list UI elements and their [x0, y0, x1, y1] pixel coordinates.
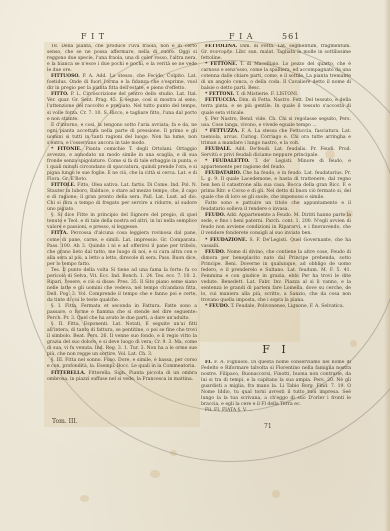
dictionary-entry: FITTUOSO. P. A. Add. Lo stesso, che Feci…: [47, 74, 197, 92]
right-column-section: FI. F. A. Figliuolo. Di questa nome cons…: [201, 360, 351, 416]
left-column: 18. Della pianta, che produce l'uva frao…: [47, 44, 197, 426]
dictionary-entry: * FEUDALETTO. T. de' Legisti. Minore di …: [201, 159, 351, 171]
dictionary-entry: FITTA. Percossa d'alcuna cosa leggiera r…: [47, 231, 197, 267]
dictionary-entry: FETTUCCIA. Dim. di Fetta. Nastro. Fett. …: [201, 98, 351, 116]
scanned-page: F I T F I A 561 18. Della pianta, che pr…: [0, 0, 390, 531]
dictionary-entry: FEUDATARIO. Che ha feudo, e in feudo. La…: [201, 171, 351, 201]
dictionary-entry: FITTO. P. L. Circoscrizione del centro d…: [47, 92, 197, 122]
dictionary-entry: §. Si dice Fitte in principio del Signor…: [47, 213, 197, 231]
dictionary-entry: FEUDO. Add. Appartenente a Feudo. M. Dir…: [201, 213, 351, 237]
dictionary-entry: FEUDO. Nome di divino, che contiene la a…: [201, 250, 351, 304]
dictionary-entry: * FITONIE. Pianta comichie T. degli Orto…: [47, 147, 197, 183]
dictionary-entry: §. II. Fitta, Esponenti. Lat. Notati, E …: [47, 322, 197, 358]
stain: [272, 490, 280, 498]
stain: [80, 495, 89, 502]
dictionary-entry: Fil. FI. FIATA §. V. ...: [201, 408, 351, 414]
running-head-left: F I T: [81, 32, 105, 41]
dictionary-entry: §. III. Fitta nel sonno. Fuso. Dore, e s…: [47, 358, 197, 370]
signature-mark-right: 71: [264, 423, 272, 430]
dictionary-entry: 18. Della pianta, che produce l'uva frao…: [47, 44, 197, 74]
dictionary-entry: FI. F. A. Figliuolo. Di questa nome cons…: [201, 360, 351, 408]
page-number: 561: [282, 32, 300, 41]
section-heading: F I: [201, 343, 351, 356]
dictionary-entry: §. I. Fitta, Fermata et seconda in Fattu…: [47, 304, 197, 322]
dictionary-entry: Tes. Il punto della volta Si tiene ad un…: [47, 268, 197, 304]
stain: [150, 470, 160, 478]
dictionary-entry: FITTERELLA. Fitterella. Sign. Pianta pic…: [47, 371, 197, 383]
running-head-center: F I A: [229, 32, 254, 41]
dictionary-entry: * FETTUZZA. F. A. La stessa che Fettucci…: [201, 129, 351, 147]
dictionary-entry: * FEUDO. T. Feudale, Polivonense, Lignon…: [201, 304, 351, 310]
signature-mark-left: Tom. III.: [52, 418, 78, 425]
right-column: FETTOLINA. Dim. di Fetta. Lat. segmentum…: [201, 44, 351, 344]
dictionary-entry: * FEUDAZIONE. S. F. De'Legisti. Quel Gov…: [201, 238, 351, 250]
dictionary-entry: §. Per Nastro, Bend. vide. Ch. Chi si re…: [201, 117, 351, 129]
dictionary-entry: FEUDALE. Add. De'feudi. Lat. feudalis. P…: [201, 147, 351, 159]
dictionary-entry: E d'intorno, e così, la tengono sotto l'…: [47, 123, 197, 147]
dictionary-entry: FITTOLE. Fitto, Olea sativa. Lat. fartis…: [47, 183, 197, 213]
dictionary-entry: * FETTONE. T. di Macelliaio. Lo pezzo de…: [201, 62, 351, 92]
dictionary-entry: Fatte sono e pattuire un titolo che appu…: [201, 201, 351, 213]
dictionary-entry: FETTOLINA. Dim. di Fetta. Lat. segmentum…: [201, 44, 351, 62]
